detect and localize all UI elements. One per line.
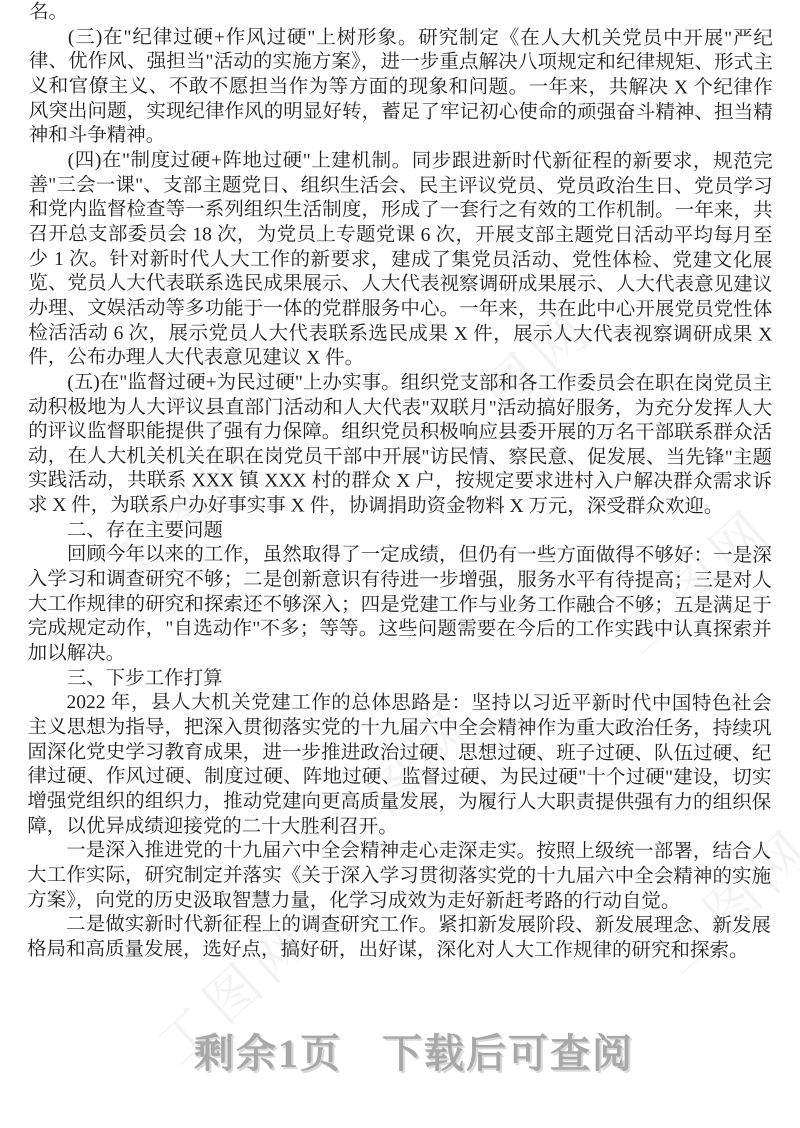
paragraph-section-4: (四)在"制度过硬+阵地过硬"上建机制。同步跟进新时代新征程的新要求，规范完善"… [28,149,772,372]
remaining-pages-label: 剩余1页 [194,1031,342,1076]
paragraph-2022-plan: 2022 年，县人大机关党建工作的总体思路是：坚持以习近平新时代中国特色社会主义… [27,691,771,840]
remaining-pages-banner: 剩余1页下载后可查阅 [14,1024,800,1084]
paragraph-plan-item-1: 一是深入推进党的十九届六中全会精神走心走深走实。按照上级统一部署，结合人大工作实… [27,839,771,915]
paragraph-continuation: 名。 [29,1,773,27]
paragraph-section-5: (五)在"监督过硬+为民过硬"上办实事。组织党支部和各工作委员会在职在岗党员主动… [28,371,772,520]
paragraph-problems: 回顾今年以来的工作，虽然取得了一定成绩，但仍有一些方面做得不够好：一是深入学习和… [28,543,772,668]
document-page: 名。 (三)在"纪律过硬+作风过硬"上树形象。研究制定《在人大机关党员中开展"严… [27,1,773,964]
heading-next-plans: 三、下步工作打算 [28,667,772,693]
paragraph-plan-item-2: 二是做实新时代新征程上的调查研究工作。紧扣新发展阶段、新发展理念、新发展格局和高… [27,913,771,964]
download-to-view-label: 下载后可查阅 [382,1031,634,1076]
paragraph-section-3: (三)在"纪律过硬+作风过硬"上树形象。研究制定《在人大机关党员中开展"严纪律、… [29,26,773,151]
heading-main-problems: 二、存在主要问题 [28,519,772,545]
